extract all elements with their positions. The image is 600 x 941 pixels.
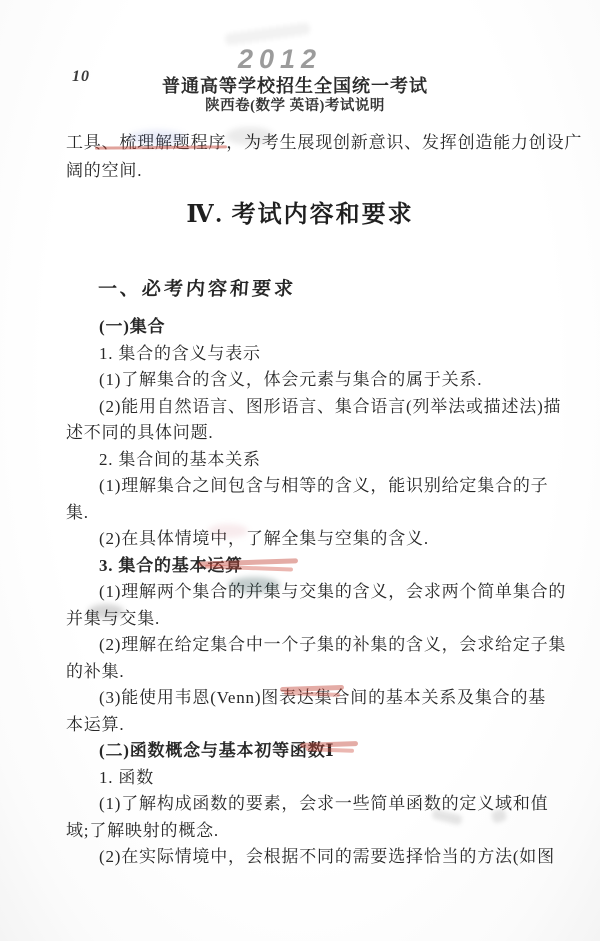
text-line: (1)了解集合的含义，体会元素与集合的属于关系. — [66, 365, 482, 390]
text-line: (2)在实际情境中，会根据不同的需要选择恰当的方法(如图 — [66, 842, 555, 867]
subsection-title: 一、必考内容和要求 — [97, 274, 297, 301]
text-line: (2)在具体情境中，了解全集与空集的含义. — [66, 524, 429, 549]
scanned-document-page: 10 2012 普通高等学校招生全国统一考试 陕西卷(数学 英语)考试说明 工具… — [0, 0, 600, 941]
text-line: 1. 集合的含义与表示 — [66, 339, 261, 364]
scan-streak — [225, 22, 311, 46]
text-line: (二)函数概念与基本初等函数Ⅰ — [66, 736, 334, 761]
header-subtitle: 陕西卷(数学 英语)考试说明 — [0, 94, 590, 115]
text-line: 2. 集合间的基本关系 — [66, 445, 261, 470]
text-line: 并集与交集. — [66, 604, 160, 629]
intro-line-1: 工具、梳理解题程序，为考生展现创新意识、发挥创造能力创设广 — [66, 128, 546, 153]
text-line: 述不同的具体问题. — [66, 418, 213, 443]
text-line: 1. 函数 — [66, 763, 154, 788]
text-line: 本运算. — [66, 710, 124, 735]
text-line: (2)理解在给定集合中一个子集的补集的含义，会求给定子集 — [66, 630, 566, 655]
text-line: (1)理解集合之间包含与相等的含义，能识别给定集合的子 — [66, 471, 548, 496]
text-line: (一)集合 — [66, 312, 165, 337]
text-line: (3)能使用韦恩(Venn)图表达集合间的基本关系及集合的基 — [66, 683, 546, 708]
text-line: (1)了解构成函数的要素，会求一些简单函数的定义域和值 — [66, 789, 548, 814]
text-line: (1)理解两个集合的并集与交集的含义，会求两个简单集合的 — [66, 577, 566, 602]
header-year: 2012 — [0, 44, 560, 75]
text-line: 集. — [66, 498, 89, 523]
section-title: Ⅳ. 考试内容和要求 — [0, 194, 600, 229]
text-line: 域;了解映射的概念. — [66, 816, 219, 841]
intro-line-2: 阔的空间. — [66, 156, 546, 181]
text-line: (2)能用自然语言、图形语言、集合语言(列举法或描述法)描 — [66, 392, 561, 417]
text-line: 的补集. — [66, 657, 124, 682]
text-line: 3. 集合的基本运算 — [66, 551, 243, 576]
